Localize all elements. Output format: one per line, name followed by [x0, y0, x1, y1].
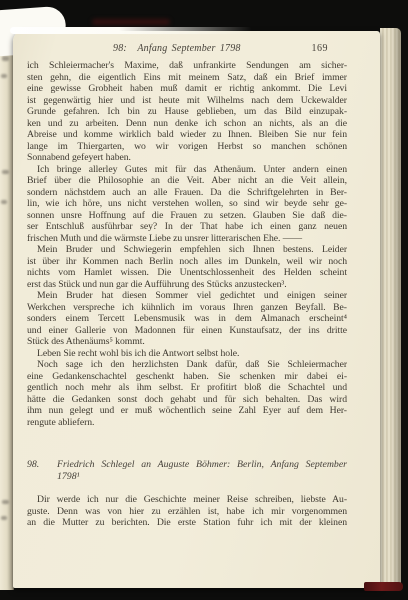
text-line: Abreise und komme wirklich bald wieder z…: [27, 129, 347, 141]
text-line: nichts vom Hamlet wissen. Die Unentschlo…: [27, 267, 347, 279]
text-line: ihm nun gelegt und er muß wöchentlich se…: [27, 405, 347, 417]
text-line: 1798¹: [57, 471, 347, 483]
facing-page-text-fragment: [1, 200, 7, 204]
book-page: 98: Anfang September 1798 169 ich Schlei…: [13, 31, 380, 588]
book-cover-edge: [364, 582, 403, 591]
running-header: 98: Anfang September 1798 169: [13, 43, 380, 57]
text-line: Dir werde ich nur die Geschichte meiner …: [27, 494, 347, 506]
text-line: Friedrich Schlegel an Auguste Böhmer: Be…: [57, 459, 347, 471]
text-line: ken und zu arbeiten. Denn nun denke ich …: [27, 118, 347, 130]
text-line: ich Schleiermacher's Maxime, daß unfrank…: [27, 60, 347, 72]
text-line: frischen Muth und die wärmste Liebe zu u…: [27, 233, 347, 245]
page-number: 169: [296, 43, 328, 54]
running-title: 98: Anfang September 1798: [113, 43, 241, 54]
text-line: eine gewisse Grobheit haben muß damit er…: [27, 83, 347, 95]
letter-97-body-text: ich Schleiermacher's Maxime, daß unfrank…: [27, 60, 347, 428]
text-line: guste. Denn was von hier zu erzählen ist…: [27, 506, 347, 518]
text-line: erst das Stück und nun gar die Aufführun…: [27, 279, 347, 291]
text-line: gentlich noch mehr als ihm selbst. Er pr…: [27, 382, 347, 394]
facing-page-edge: [0, 24, 14, 590]
text-line: Noch sage ich den herzlichsten Dank dafü…: [27, 359, 347, 371]
text-line: und einer Gallerie von Madonnen für eine…: [27, 325, 347, 337]
text-line: Brief über die Philosophie an die Veit. …: [27, 175, 347, 187]
text-line: Leben Sie recht wohl bis ich die Antwort…: [27, 348, 347, 360]
facing-page-text-fragment: [1, 74, 7, 78]
text-line: Werkchen verspreche ich kühnlich im vora…: [27, 302, 347, 314]
text-line: sten gehn, die eigentlich Eins mit meine…: [27, 72, 347, 84]
text-line: sondern nächstdem auch an alle Frauen. D…: [27, 187, 347, 199]
text-line: ser Entschluß ausführbar sey? In der Tha…: [27, 221, 347, 233]
text-line: Sonnabend gefeyert haben.: [27, 152, 347, 164]
letter-title: Friedrich Schlegel an Auguste Böhmer: Be…: [57, 459, 347, 482]
text-line: lange im Thiergarten, wo wir vorigen Her…: [27, 141, 347, 153]
text-line: Mein Bruder und Schwiegerin empfehlen si…: [27, 244, 347, 256]
text-line: sonders einem Tercett Lebensmusik was in…: [27, 313, 347, 325]
facing-page-text-fragment: [2, 500, 9, 504]
text-line: Stück des Athenäums⁵ kommt.: [27, 336, 347, 348]
section-heading: 98. Friedrich Schlegel an Auguste Böhmer…: [27, 459, 347, 482]
facing-page-text-fragment: [2, 170, 9, 174]
facing-page-text-fragment: [1, 516, 7, 520]
text-line: sonnen unsre Hoffnung auf die Frauen zu …: [27, 210, 347, 222]
text-line: eine Gedankenschachtel geschenkt haben. …: [27, 371, 347, 383]
text-line: Mein Bruder hat diesen Sommer viel gedic…: [27, 290, 347, 302]
text-line: Ich bringe allerley Gutes mit für das At…: [27, 164, 347, 176]
text-line: hätte die Gedanken sonst doch gehabt und…: [27, 394, 347, 406]
text-line: ist gegenwärtig hier und ist heute mit W…: [27, 95, 347, 107]
book-scan: 98: Anfang September 1798 169 ich Schlei…: [0, 0, 408, 600]
text-line: Grunde gefahren. Ich bin zu Hause geblie…: [27, 106, 347, 118]
page-stack-edge: [380, 28, 401, 589]
text-line: rengute abliefern.: [27, 417, 347, 429]
text-line: lin, wie ich höre, uns nicht verstehen w…: [27, 198, 347, 210]
letter-number: 98.: [27, 459, 39, 471]
text-line: an die Mutter zu berichten. Die erste St…: [27, 517, 347, 529]
facing-page-text-fragment: [2, 56, 9, 61]
cover-edge-hint: [92, 19, 170, 25]
letter-98-body-text: Dir werde ich nur die Geschichte meiner …: [27, 494, 347, 529]
text-line: ist über ihr Kommen nach Berlin noch all…: [27, 256, 347, 268]
